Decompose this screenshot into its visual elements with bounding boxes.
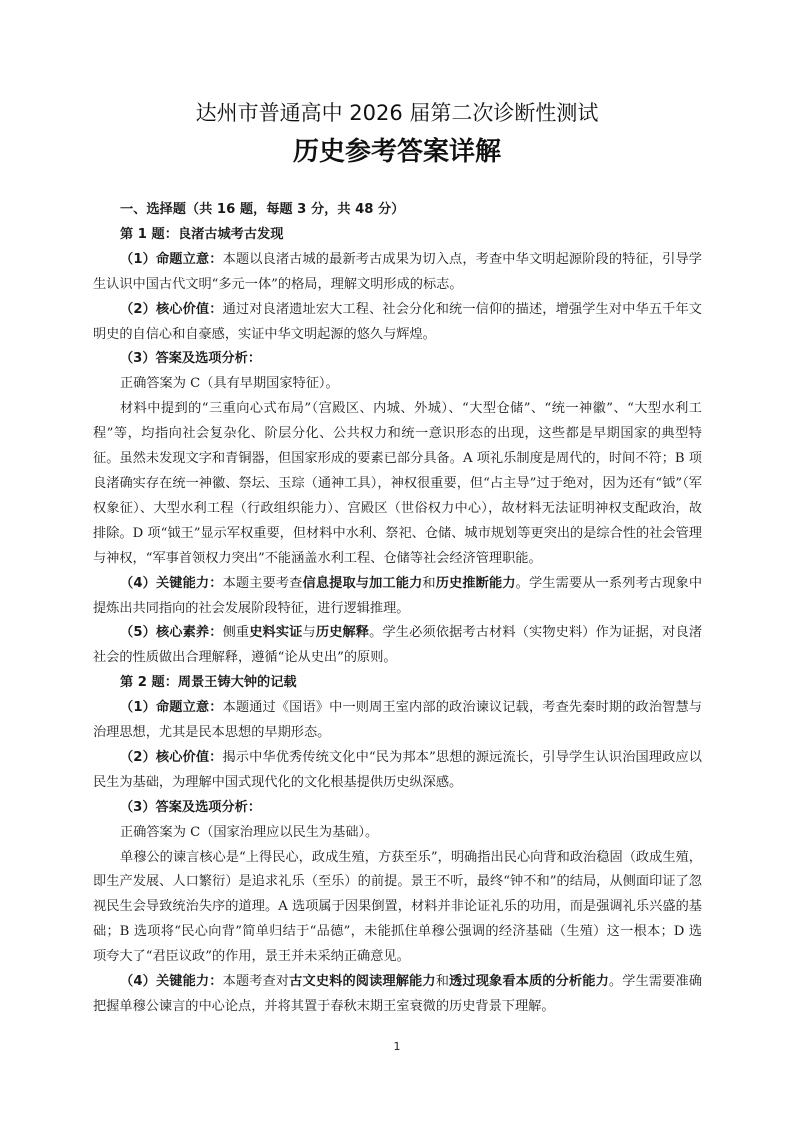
q1-ability-text-pre: 本题主要考查 (223, 576, 303, 591)
q2-value-label: （2）核心价值： (120, 750, 222, 765)
q1-value-paragraph: （2）核心价值：通过对良渚遗址宏大工程、社会分化和统一信仰的描述，增强学生对中华… (93, 298, 702, 348)
q2-heading: 第 2 题：周景王铸大钟的记载 (93, 671, 702, 696)
q2-answer-heading-paragraph: （3）答案及选项分析： (93, 796, 702, 821)
q2-ability-paragraph: （4）关键能力：本题考查对古文史料的阅读理解能力和透过现象看本质的分析能力。学生… (93, 970, 702, 1020)
q1-literacy-paragraph: （5）核心素养：侧重史料实证与历史解释。学生必须依据考古材料（实物史料）作为证据… (93, 621, 702, 671)
q1-answer-heading-paragraph: （3）答案及选项分析： (93, 347, 702, 372)
q2-answer-label: （3）答案及选项分析： (120, 800, 261, 815)
document-body: 一、选择题（共 16 题，每题 3 分，共 48 分） 第 1 题：良渚古城考古… (93, 198, 702, 1020)
q1-analysis: 材料中提到的“三重向心式布局”（宫殿区、内城、外城）、“大型仓储”、“统一神徽”… (93, 397, 702, 571)
q1-value-label: （2）核心价值： (120, 302, 223, 317)
q1-answer: 正确答案为 C（具有早期国家特征）。 (93, 372, 702, 397)
q1-heading: 第 1 题：良渚古城考古发现 (93, 223, 702, 248)
q2-ability-text-pre: 本题考查对 (223, 974, 290, 989)
document-title: 达州市普通高中 2026 届第二次诊断性测试 (0, 98, 794, 128)
q1-literacy-text-pre: 侧重 (223, 625, 250, 640)
q1-literacy-emphasis-1: 史料实证 (249, 625, 302, 640)
q1-ability-label: （4）关键能力： (120, 576, 223, 591)
q2-value-paragraph: （2）核心价值：揭示中华优秀传统文化中“民为邦本”思想的源远流长，引导学生认识治… (93, 746, 702, 796)
q1-ability-paragraph: （4）关键能力：本题主要考查信息提取与加工能力和历史推断能力。学生需要从一系列考… (93, 572, 702, 622)
document-page: 达州市普通高中 2026 届第二次诊断性测试 历史参考答案详解 一、选择题（共 … (0, 0, 794, 1123)
q1-intent-paragraph: （1）命题立意：本题以良渚古城的最新考古成果为切入点，考查中华文明起源阶段的特征… (93, 248, 702, 298)
q1-literacy-label: （5）核心素养： (120, 625, 223, 640)
q1-answer-label: （3）答案及选项分析： (120, 351, 261, 366)
q2-ability-emphasis-2: 透过现象看本质的分析能力 (449, 974, 609, 989)
q1-literacy-emphasis-2: 历史解释 (316, 625, 369, 640)
section-heading: 一、选择题（共 16 题，每题 3 分，共 48 分） (93, 198, 702, 223)
q1-intent-label: （1）命题立意： (120, 252, 223, 267)
q2-ability-text-mid: 和 (436, 974, 449, 989)
q1-ability-text-mid: 和 (422, 576, 435, 591)
page-number: 1 (0, 1040, 794, 1053)
q2-ability-label: （4）关键能力： (120, 974, 223, 989)
q2-answer: 正确答案为 C（国家治理应以民生为基础）。 (93, 821, 702, 846)
q2-intent-paragraph: （1）命题立意：本题通过《国语》中一则周王室内部的政治谏议记载，考查先秦时期的政… (93, 696, 702, 746)
q1-literacy-text-mid: 与 (303, 625, 316, 640)
q1-ability-emphasis-1: 信息提取与加工能力 (303, 576, 423, 591)
q1-ability-emphasis-2: 历史推断能力 (436, 576, 516, 591)
q2-intent-label: （1）命题立意： (120, 700, 223, 715)
document-subtitle: 历史参考答案详解 (0, 132, 794, 172)
q2-ability-emphasis-1: 古文史料的阅读理解能力 (289, 974, 436, 989)
q2-analysis: 单穆公的谏言核心是“上得民心，政成生殖，方获至乐”，明确指出民心向背和政治稳固（… (93, 846, 702, 971)
